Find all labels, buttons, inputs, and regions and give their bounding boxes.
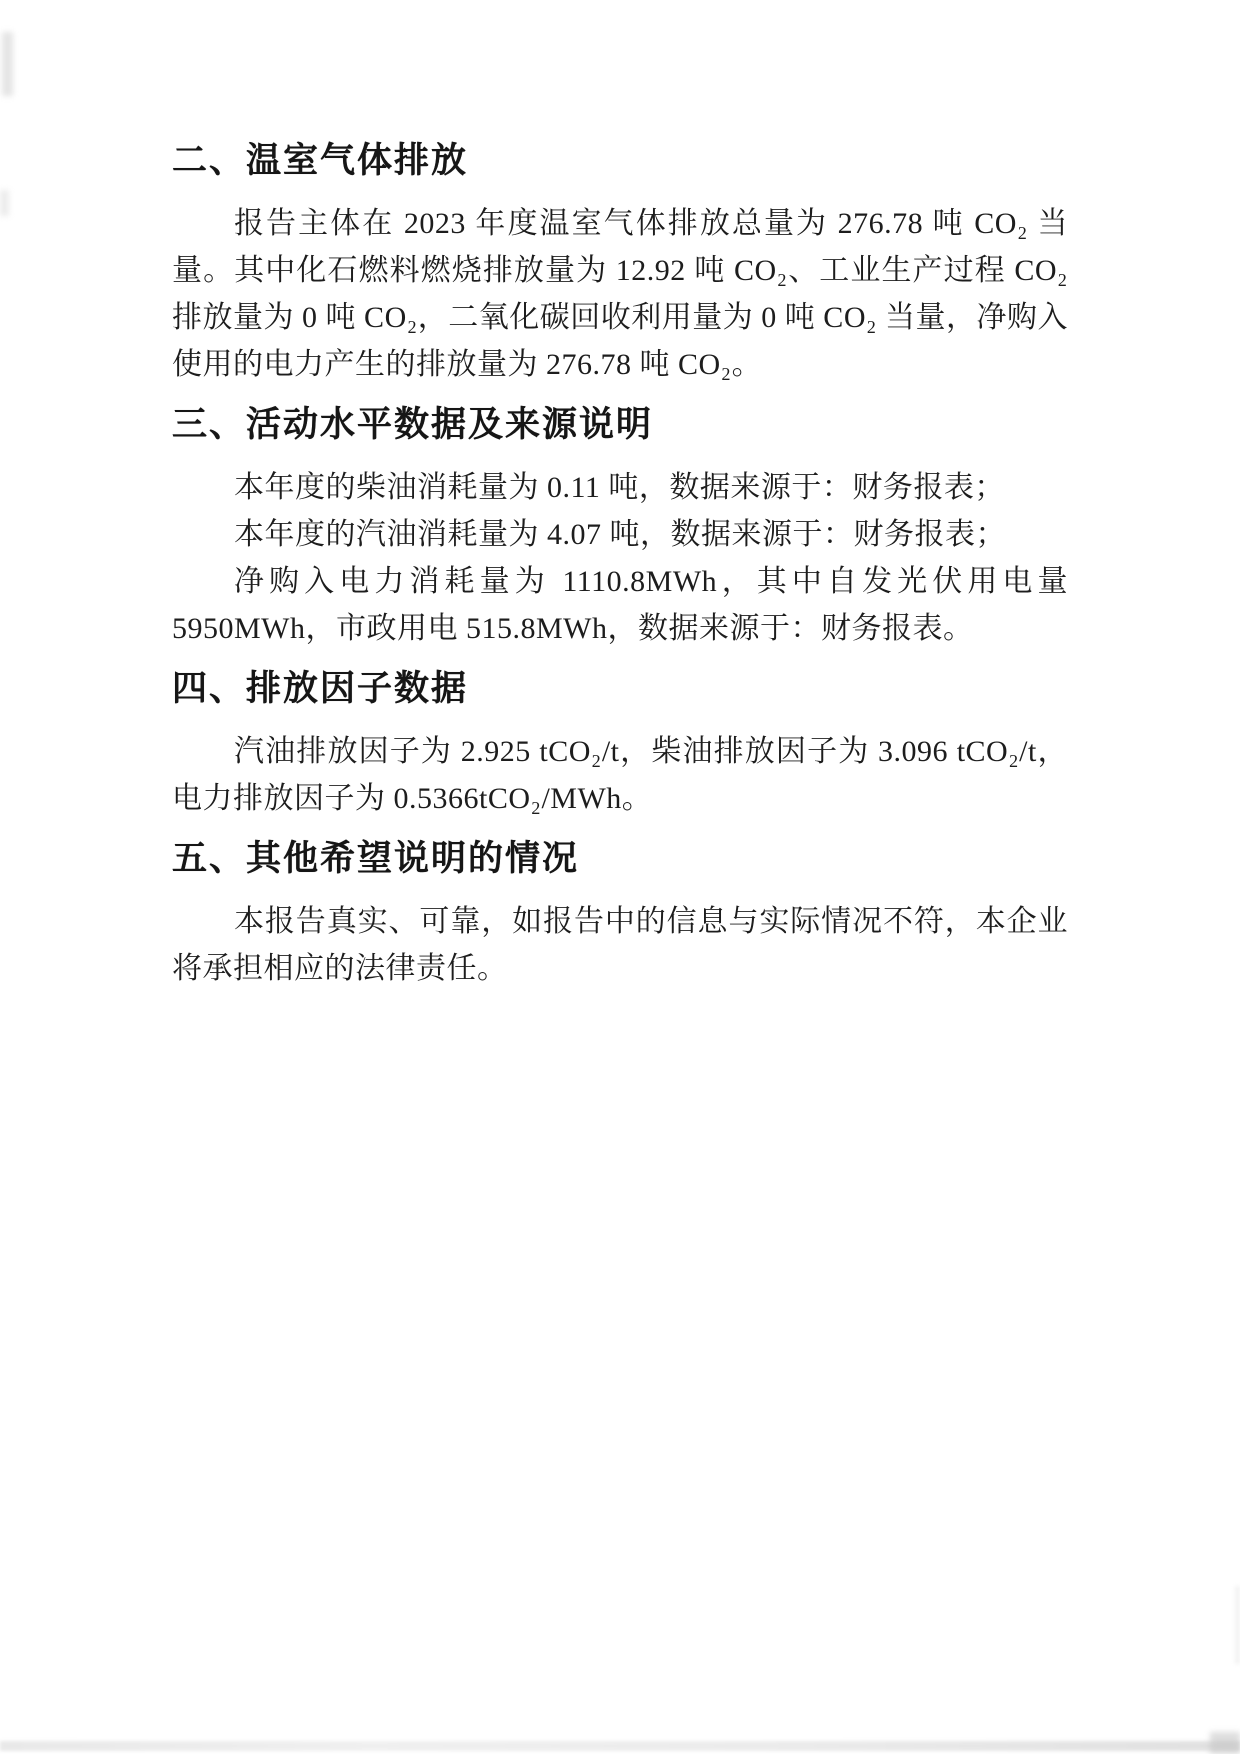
section-emission-factors: 四、排放因子数据 汽油排放因子为 2.925 tCO₂/t，柴油排放因子为 3.… [172, 666, 1068, 822]
document-content: 二、温室气体排放 报告主体在 2023 年度温室气体排放总量为 276.78 吨… [172, 138, 1068, 992]
scan-smudge-bottom-right [1210, 1732, 1240, 1754]
paragraph-gasoline-consumption: 本年度的汽油消耗量为 4.07 吨，数据来源于：财务报表； [172, 511, 1068, 558]
paragraph-declaration: 本报告真实、可靠，如报告中的信息与实际情况不符，本企业将承担相应的法律责任。 [172, 898, 1068, 992]
section-greenhouse-gas-emissions: 二、温室气体排放 报告主体在 2023 年度温室气体排放总量为 276.78 吨… [172, 138, 1068, 388]
scan-streak-right-edge [1235, 1586, 1240, 1664]
scan-smudge-left-edge [0, 190, 9, 216]
scan-smudge-top-left [2, 32, 13, 96]
scanned-document-page: 二、温室气体排放 报告主体在 2023 年度温室气体排放总量为 276.78 吨… [0, 0, 1240, 1754]
section-other-notes: 五、其他希望说明的情况 本报告真实、可靠，如报告中的信息与实际情况不符，本企业将… [172, 836, 1068, 992]
section-heading: 二、温室气体排放 [172, 138, 1068, 184]
section-activity-data-sources: 三、活动水平数据及来源说明 本年度的柴油消耗量为 0.11 吨，数据来源于：财务… [172, 402, 1068, 652]
section-heading: 五、其他希望说明的情况 [172, 836, 1068, 882]
section-heading: 三、活动水平数据及来源说明 [172, 402, 1068, 448]
scan-band-bottom [0, 1741, 1240, 1751]
paragraph-diesel-consumption: 本年度的柴油消耗量为 0.11 吨，数据来源于：财务报表； [172, 464, 1068, 511]
section-heading: 四、排放因子数据 [172, 666, 1068, 712]
paragraph-emission-factors: 汽油排放因子为 2.925 tCO₂/t，柴油排放因子为 3.096 tCO₂/… [172, 728, 1068, 822]
paragraph: 报告主体在 2023 年度温室气体排放总量为 276.78 吨 CO₂ 当量。其… [172, 200, 1068, 388]
paragraph-electricity-consumption: 净购入电力消耗量为 1110.8MWh，其中自发光伏用电量 5950MWh，市政… [172, 558, 1068, 652]
